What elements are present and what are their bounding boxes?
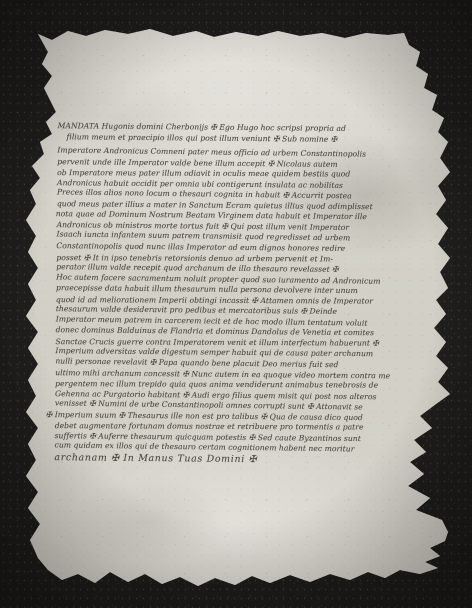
manuscript-photo: MANDATA Hugonis domini Cherbonijs ✠ Ego … — [0, 0, 472, 608]
manuscript-line: quod id ad meliorationem Imperii obtingi… — [56, 295, 440, 307]
manuscript-line: ob Imperatore meus pater illum odiavit i… — [57, 168, 441, 180]
manuscript-body: Imperatore Andronicus Comneni pater meus… — [54, 146, 441, 467]
manuscript-heading: MANDATA Hugonis domini Cherbonijs ✠ Ego … — [57, 121, 441, 146]
manuscript-line: posset ✠ It in ipso tenebris retorsionis… — [56, 253, 440, 265]
manuscript-line: Sanctae Crucis guerre contra Imperatorem… — [56, 337, 440, 349]
manuscript-line: pergentem nec illum trepido quia quos an… — [55, 379, 439, 391]
manuscript-text: MANDATA Hugonis domini Cherbonijs ✠ Ego … — [54, 121, 441, 467]
manuscript-line: debet augmentare fortunam domus nostrae … — [55, 421, 439, 433]
